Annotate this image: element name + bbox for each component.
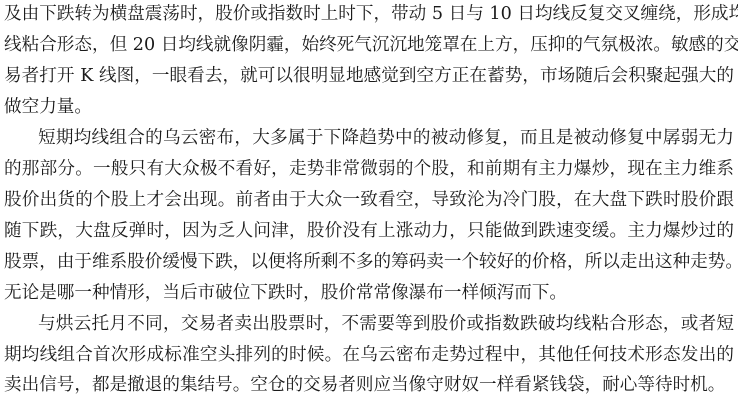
paragraph-line: 随下跌，大盘反弹时，因为乏人问津，股价没有上涨动力，只能做到跌速变缓。主力爆炒过…: [4, 218, 734, 244]
paragraph-line: 做空力量。: [4, 94, 734, 120]
paragraph-line: 与烘云托月不同，交易者卖出股票时，不需要等到股价或指数跌破均线粘合形态，或者短: [38, 311, 734, 337]
paragraph-line: 卖出信号，都是撤退的集结号。空仓的交易者则应当像守财奴一样看紧钱袋，耐心等待时机…: [4, 372, 734, 398]
paragraph-line: 股票，由于维系股价缓慢下跌，以便将所剩不多的筹码卖一个较好的价格，所以走出这种走…: [4, 249, 734, 275]
paragraph-line: 期均线组合首次形成标准空头排列的时候。在乌云密布走势过程中，其他任何技术形态发出…: [4, 342, 734, 368]
paragraph-line: 短期均线组合的乌云密布，大多属于下降趋势中的被动修复，而且是被动修复中孱弱无力: [38, 125, 734, 151]
paragraph-line: 股价出货的个股上才会出现。前者由于大众一致看空，导致沦为冷门股，在大盘下跌时股价…: [4, 187, 734, 213]
paragraph-line: 及由下跌转为横盘震荡时，股价或指数时上时下，带动 5 日与 10 日均线反复交叉…: [4, 1, 734, 27]
paragraph-line: 易者打开 K 线图，一眼看去，就可以很明显地感觉到空方正在蓄势，市场随后会积聚起…: [4, 63, 734, 89]
document-page: 及由下跌转为横盘震荡时，股价或指数时上时下，带动 5 日与 10 日均线反复交叉…: [0, 0, 738, 401]
paragraph-line: 线粘合形态，但 20 日均线就像阴霾，始终死气沉沉地笼罩在上方，压抑的气氛极浓。…: [4, 32, 734, 58]
paragraph-line: 的那部分。一般只有大众极不看好，走势非常微弱的个股，和前期有主力爆炒，现在主力维…: [4, 156, 734, 182]
paragraph-line: 无论是哪一种情形，当后市破位下跌时，股价常常像瀑布一样倾泻而下。: [4, 280, 734, 306]
